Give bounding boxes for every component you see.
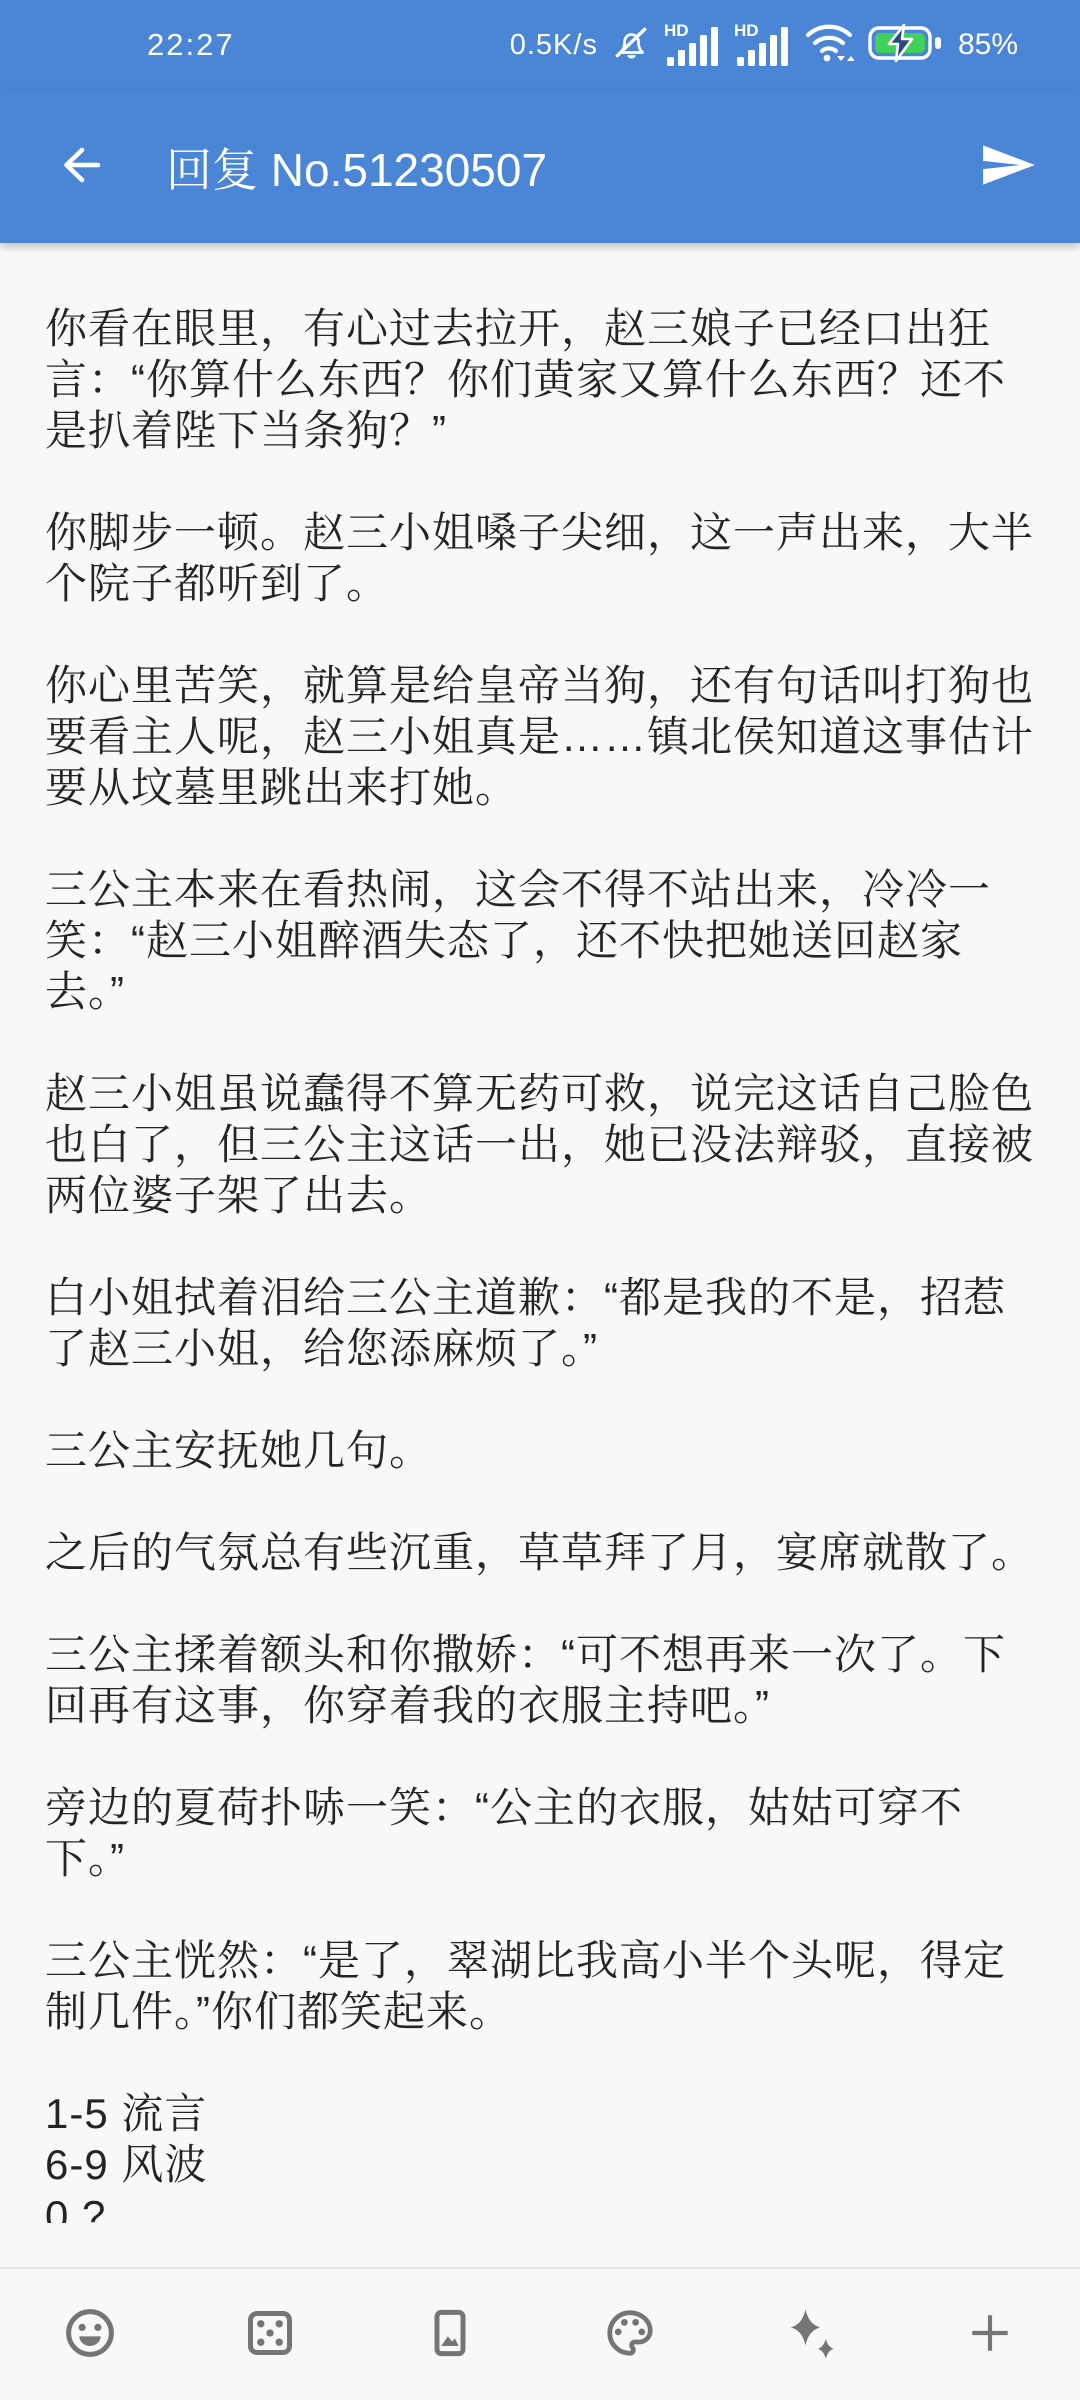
palette-icon xyxy=(603,2306,657,2363)
plus-icon xyxy=(965,2308,1015,2361)
reply-paragraph: 三公主恍然：“是了，翠湖比我高小半个头呢，得定制几件。”你们都笑起来。 xyxy=(45,1935,1035,2037)
send-icon xyxy=(980,139,1038,194)
battery-charging-icon xyxy=(868,23,944,68)
reply-paragraph: 之后的气氛总有些沉重，草草拜了月，宴席就散了。 xyxy=(45,1527,1035,1578)
reply-paragraph: 你看在眼里，有心过去拉开，赵三娘子已经口出狂言：“你算什么东西？你们黄家又算什么… xyxy=(45,303,1035,456)
palette-button[interactable] xyxy=(595,2300,665,2370)
sim1-signal: HD xyxy=(664,21,720,69)
back-button[interactable] xyxy=(56,141,104,192)
compose-toolbar xyxy=(0,2267,1080,2400)
mute-icon xyxy=(612,24,650,67)
status-bar: 22:27 0.5K/s HD HD xyxy=(0,0,1080,90)
image-icon xyxy=(424,2307,476,2362)
app-bar: 回复 No.51230507 xyxy=(0,90,1080,243)
clock: 22:27 xyxy=(147,27,235,63)
outline-block: 1-5 流言 6-9 风波 0 ? xyxy=(45,2088,1035,2223)
reply-paragraph: 三公主安抚她几句。 xyxy=(45,1425,1035,1476)
send-button[interactable] xyxy=(980,139,1038,194)
reply-paragraph: 白小姐拭着泪给三公主道歉：“都是我的不是，招惹了赵三小姐，给您添麻烦了。” xyxy=(45,1272,1035,1374)
signal-bars-icon xyxy=(666,21,720,67)
reply-paragraph: 你心里苦笑，就算是给皇帝当狗，还有句话叫打狗也要看主人呢，赵三小姐真是……镇北侯… xyxy=(45,660,1035,813)
outline-line: 6-9 风波 xyxy=(45,2139,1035,2190)
dice-button[interactable] xyxy=(235,2300,305,2370)
emoji-button[interactable] xyxy=(55,2300,125,2370)
battery-percent: 85% xyxy=(958,28,1018,62)
outline-line: 1-5 流言 xyxy=(45,2088,1035,2139)
sparkles-icon xyxy=(783,2306,837,2363)
reply-paragraph: 旁边的夏荷扑哧一笑：“公主的衣服，姑姑可穿不下。” xyxy=(45,1782,1035,1884)
back-arrow-icon xyxy=(56,141,104,192)
status-icons: 0.5K/s HD HD xyxy=(510,0,1018,90)
reply-paragraph: 三公主揉着额头和你撒娇：“可不想再来一次了。下回再有这事，你穿着我的衣服主持吧。… xyxy=(45,1629,1035,1731)
network-speed: 0.5K/s xyxy=(510,29,598,62)
reply-input[interactable]: 你看在眼里，有心过去拉开，赵三娘子已经口出狂言：“你算什么东西？你们黄家又算什么… xyxy=(0,243,1080,2223)
signal-bars-icon xyxy=(736,21,790,67)
reply-paragraph: 三公主本来在看热闹，这会不得不站出来，冷冷一笑：“赵三小姐醉酒失态了，还不快把她… xyxy=(45,864,1035,1017)
emoji-icon xyxy=(63,2306,117,2363)
reply-paragraph: 你脚步一顿。赵三小姐嗓子尖细，这一声出来，大半个院子都听到了。 xyxy=(45,507,1035,609)
image-button[interactable] xyxy=(415,2300,485,2370)
wifi-icon xyxy=(804,20,854,71)
dice-icon xyxy=(244,2307,296,2362)
reply-paragraph: 赵三小姐虽说蠢得不算无药可救，说完这话自己脸色也白了，但三公主这话一出，她已没法… xyxy=(45,1068,1035,1221)
add-button[interactable] xyxy=(955,2300,1025,2370)
page-title: 回复 No.51230507 xyxy=(166,134,980,200)
outline-line: 0 ? xyxy=(45,2190,1035,2223)
effects-button[interactable] xyxy=(775,2300,845,2370)
sim2-signal: HD xyxy=(734,21,790,69)
